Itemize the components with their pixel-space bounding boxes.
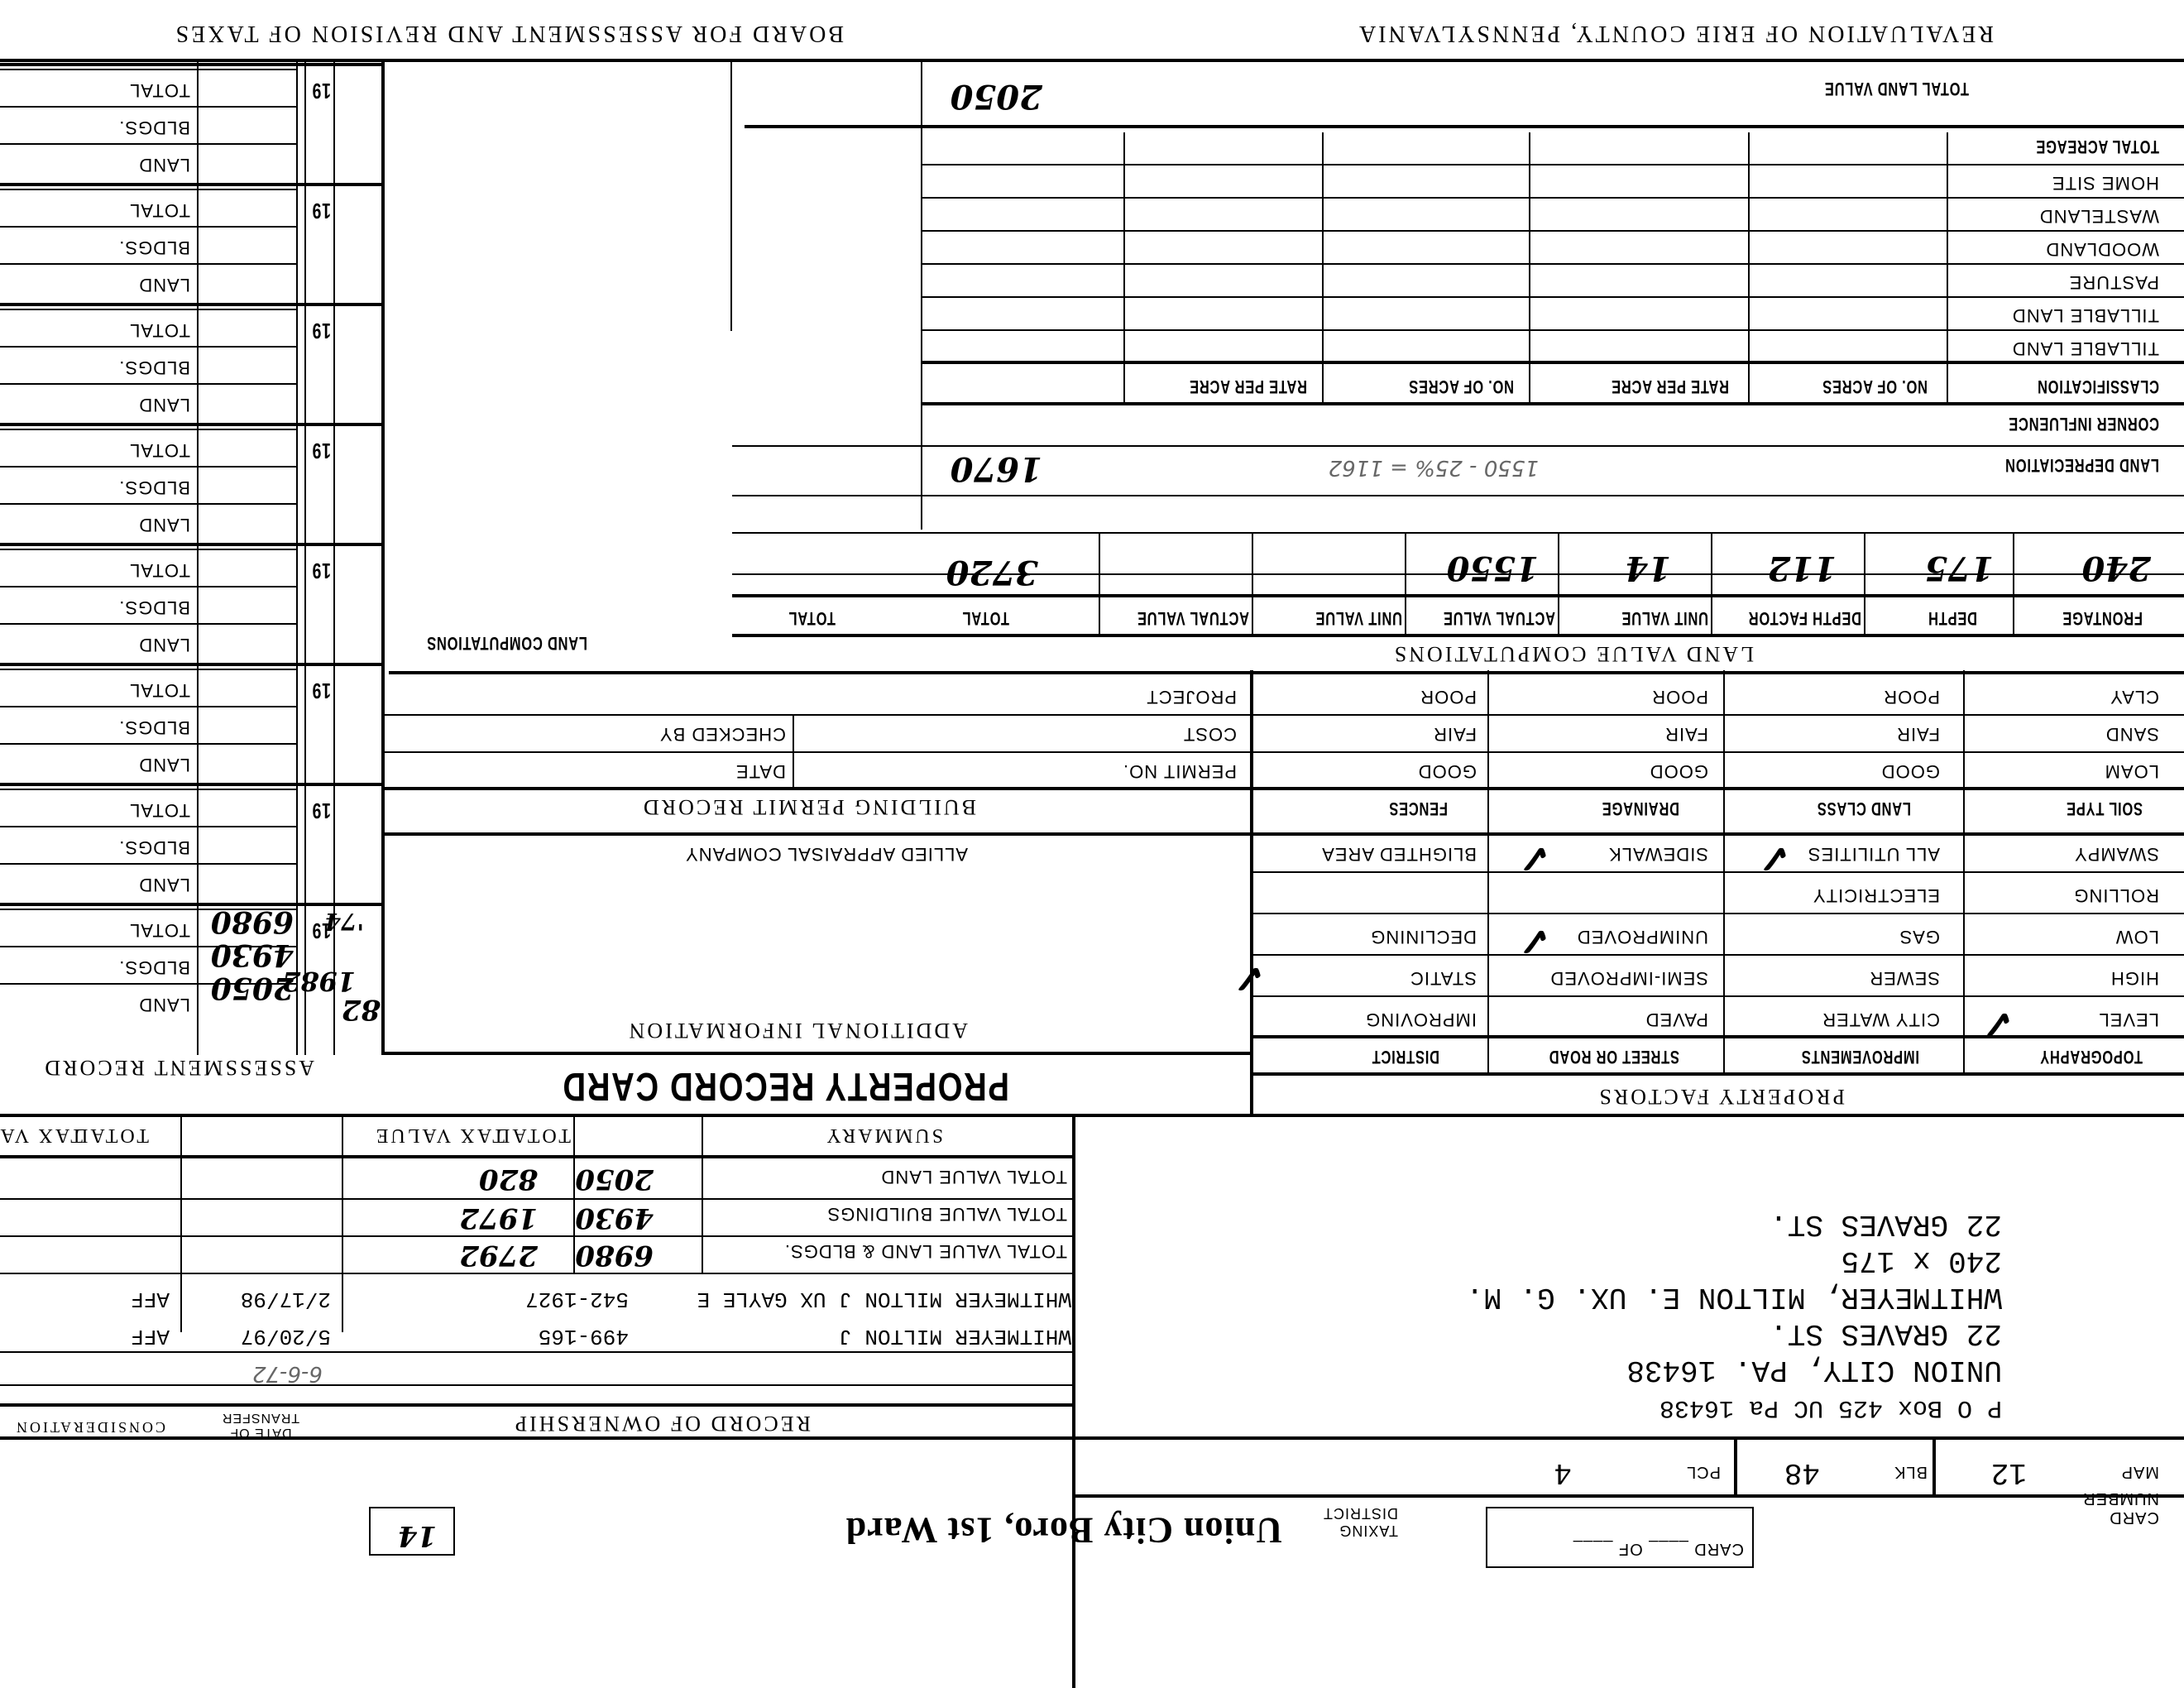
assessment-row-label: BLDGS. xyxy=(118,237,190,258)
divider xyxy=(385,832,1253,836)
year-prefix: 19 xyxy=(312,558,331,583)
divider xyxy=(1748,132,1750,405)
divider xyxy=(0,669,298,670)
assessment-row-label: TOTAL xyxy=(129,319,190,341)
divider xyxy=(922,296,2184,298)
divider xyxy=(1072,1117,1075,1688)
divider xyxy=(1253,1114,2184,1117)
divider xyxy=(1947,132,1948,405)
divider xyxy=(1253,751,2184,753)
imp-sewer: SEWER xyxy=(1869,967,1940,989)
year-prefix: 19 xyxy=(312,198,331,223)
divider xyxy=(1558,534,1559,637)
imp-electricity: ELECTRICITY xyxy=(1813,885,1940,906)
address-line-2: 240 x 175 xyxy=(1842,1244,2002,1278)
drainage-fair: FAIR xyxy=(1664,723,1708,745)
col-unit-value: UNIT VALUE xyxy=(1621,607,1708,629)
divider xyxy=(0,183,385,186)
row-tillable-land-2: TILLABLE LAND xyxy=(2012,338,2159,359)
divider xyxy=(1252,534,1253,637)
fences-fair: FAIR xyxy=(1433,723,1477,745)
district-static: STATIC xyxy=(1410,967,1477,989)
summary-total-tax: 2792 xyxy=(459,1239,538,1272)
divider xyxy=(0,549,298,550)
divider xyxy=(1250,670,1253,1117)
total-land-value: 2050 xyxy=(951,77,1042,116)
assessment-row-label: TOTAL xyxy=(129,199,190,221)
drainage-poor: POOR xyxy=(1651,686,1708,707)
divider xyxy=(385,787,1253,790)
divider xyxy=(1253,954,2184,956)
owner-date-0: 6-6-72 xyxy=(252,1361,323,1386)
year-prefix: 19 xyxy=(312,438,331,463)
divider xyxy=(732,495,2184,496)
divider xyxy=(1711,534,1712,637)
check-icon: ✓ xyxy=(1518,835,1551,881)
year-prefix: 19 xyxy=(312,78,331,103)
owner-book-2: 542-1927 xyxy=(525,1287,629,1312)
col-actual-value: ACTUAL VALUE xyxy=(1443,607,1555,629)
drainage-good: GOOD xyxy=(1650,760,1708,782)
assessment-row-label: BLDGS. xyxy=(118,717,190,738)
divider xyxy=(385,1052,1253,1055)
fences-good: GOOD xyxy=(1418,760,1477,782)
divider xyxy=(1253,913,2184,914)
property-factors-title: PROPERTY FACTORS xyxy=(1597,1084,1845,1109)
divider xyxy=(573,1117,575,1274)
assessment-row-label: TOTAL xyxy=(129,799,190,821)
divider xyxy=(0,189,298,190)
row-wasteland: WASTELAND xyxy=(2039,205,2159,227)
divider xyxy=(1253,871,2184,873)
board-title: BOARD FOR ASSESSMENT AND REVISION OF TAX… xyxy=(174,20,844,46)
divider xyxy=(0,1198,1075,1200)
col-rate-per-acre-2: RATE PER ACRE xyxy=(1189,376,1307,397)
divider xyxy=(1529,132,1530,405)
card-of-box: CARD ____ OF ____ xyxy=(1486,1507,1754,1568)
col-depth: DEPTH xyxy=(1928,607,1977,629)
assessment-row-label: LAND xyxy=(138,754,190,775)
divider xyxy=(732,532,2184,534)
divider xyxy=(922,164,2184,165)
divider xyxy=(1253,832,2184,836)
card-title: PROPERTY RECORD CARD xyxy=(562,1063,1009,1109)
owner-date-1: 5/20/97 xyxy=(241,1324,331,1349)
topo-level: LEVEL xyxy=(2099,1009,2160,1030)
date-of-transfer-header: DATE OF TRANSFER xyxy=(190,1410,331,1440)
assessment-row-label: BLDGS. xyxy=(118,117,190,138)
divider xyxy=(0,1351,1075,1353)
owner-name-2: WHITMEYER MILTON J UX GAYLE E xyxy=(697,1287,1071,1312)
divider xyxy=(0,1235,1075,1237)
topography-label: TOPOGRAPHY xyxy=(2039,1046,2143,1067)
owner-date-2: 2/17/98 xyxy=(241,1287,331,1312)
divider xyxy=(0,863,298,865)
col-classification: CLASSIFICATION xyxy=(2037,376,2159,397)
total-land-value-label: TOTAL LAND VALUE xyxy=(1824,78,1969,99)
owner-consideration-1: AFF xyxy=(131,1324,170,1349)
row-pasture: PASTURE xyxy=(2069,271,2159,293)
drainage-label: DRAINAGE xyxy=(1602,798,1679,819)
divider xyxy=(0,346,298,348)
assessment-row-label: BLDGS. xyxy=(118,357,190,378)
divider xyxy=(0,706,298,707)
topo-high: HIGH xyxy=(2110,967,2159,989)
district-declining: DECLINING xyxy=(1370,926,1477,947)
divider xyxy=(922,230,2184,232)
assessment-row-label: BLDGS. xyxy=(118,597,190,618)
blk-label: BLK xyxy=(1894,1462,1928,1481)
pcl-value: 4 xyxy=(1554,1455,1572,1489)
street-semi-improved: SEMI-IMPROVED xyxy=(1550,967,1708,989)
building-permit-title: BUILDING PERMIT RECORD xyxy=(641,794,976,819)
assessment-note: '74 xyxy=(324,908,364,935)
divider xyxy=(0,1436,2184,1440)
divider xyxy=(793,716,794,790)
divider xyxy=(0,586,298,587)
soil-clay: CLAY xyxy=(2110,686,2159,707)
divider xyxy=(0,429,298,430)
taxing-district-label: TAXING DISTRICT xyxy=(1291,1504,1398,1539)
divider xyxy=(1322,132,1324,405)
divider xyxy=(0,826,298,827)
total-value: 3720 xyxy=(946,553,1038,592)
col-actual-value-2: ACTUAL VALUE xyxy=(1137,607,1249,629)
assessment-row-label: TOTAL xyxy=(129,79,190,101)
district-number-box: 14 xyxy=(369,1507,455,1556)
divider xyxy=(0,423,385,426)
land-class-label: LAND CLASS xyxy=(1817,798,1911,819)
divider xyxy=(732,573,2184,575)
assessment-row-label: LAND xyxy=(138,874,190,895)
divider xyxy=(0,783,385,786)
corner-influence-label: CORNER INFLUENCE xyxy=(2008,413,2159,434)
row-woodland: WOODLAND xyxy=(2045,238,2159,260)
year-prefix: 19 xyxy=(312,798,331,823)
row-total-acreage: TOTAL ACREAGE xyxy=(2036,136,2159,157)
topo-swampy: SWAMPY xyxy=(2074,843,2159,865)
assessment-row-label: BLDGS. xyxy=(118,957,190,978)
soil-type-label: SOIL TYPE xyxy=(2066,798,2143,819)
year-prefix: 19 xyxy=(312,318,331,343)
soil-loam: LOAM xyxy=(2105,760,2159,782)
consideration-header: CONSIDERATION xyxy=(14,1418,165,1436)
address-line-3: 22 GRAVES ST. xyxy=(1770,1316,2002,1350)
divider xyxy=(1253,787,2184,790)
land-computations-label: LAND COMPUTATIONS xyxy=(426,632,587,654)
property-record-card: REVALUATION OF ERIE COUNTY, PENNSYLVANIA… xyxy=(0,0,2184,1688)
divider xyxy=(385,751,1253,753)
district-label: DISTRICT xyxy=(1372,1046,1439,1067)
summary-bldg-tax: 1972 xyxy=(459,1201,538,1235)
assessment-total-value: 6980 xyxy=(211,904,294,939)
divider xyxy=(922,402,2184,405)
summary-col-total-2: TOTAL xyxy=(74,1124,149,1146)
divider xyxy=(0,226,298,228)
divider xyxy=(0,623,298,625)
land-depreciation-note: 1550 - 25% = 1162 xyxy=(1329,455,1539,480)
check-icon: ✓ xyxy=(1518,918,1551,964)
divider xyxy=(1075,1494,2184,1498)
unit-value: 14 xyxy=(1625,549,1671,587)
divider xyxy=(1933,1440,1936,1498)
summary-title: SUMMARY xyxy=(824,1124,943,1146)
assessment-row-label: TOTAL xyxy=(129,679,190,701)
summary-col-tax: TAX VALUE xyxy=(374,1124,505,1146)
imp-city-water: CITY WATER xyxy=(1822,1009,1940,1030)
blk-value: 48 xyxy=(1784,1455,1820,1489)
divider xyxy=(342,1117,343,1332)
row-home-site: HOME SITE xyxy=(2052,172,2159,194)
divider xyxy=(1072,1440,1075,1489)
divider xyxy=(0,106,298,108)
divider xyxy=(922,361,2184,364)
divider xyxy=(0,263,298,265)
divider xyxy=(922,329,2184,331)
divider xyxy=(304,62,306,1055)
check-icon: ✓ xyxy=(1233,955,1266,1001)
topo-low: LOW xyxy=(2115,926,2159,947)
imp-all-utilities: ALL UTILITIES xyxy=(1808,843,1940,865)
address-line-1: 22 GRAVES ST. xyxy=(1770,1207,2002,1241)
divider xyxy=(385,714,1253,716)
street-sidewalk: SIDEWALK xyxy=(1608,843,1708,865)
divider xyxy=(0,503,298,505)
revaluation-title: REVALUATION OF ERIE COUNTY, PENNSYLVANIA xyxy=(1357,20,1994,46)
card-of-label: CARD ____ OF ____ xyxy=(1573,1539,1744,1558)
col-total: TOTAL xyxy=(962,607,1009,629)
divider xyxy=(1099,534,1100,637)
divider xyxy=(0,383,298,385)
divider xyxy=(0,1155,1075,1158)
district-improving: IMPROVING xyxy=(1365,1009,1477,1030)
summary-land-tax: 820 xyxy=(479,1163,538,1196)
col-total-2: TOTAL xyxy=(788,607,836,629)
assessment-row-label: TOTAL xyxy=(129,919,190,941)
divider xyxy=(1487,670,1489,1076)
summary-bldg-total: 4930 xyxy=(575,1201,654,1235)
additional-info-title: ADDITIONAL INFORMATION xyxy=(627,1018,968,1043)
divider xyxy=(1864,534,1865,637)
summary-total-total: 6980 xyxy=(575,1239,654,1272)
assessment-row-label: BLDGS. xyxy=(118,477,190,498)
summary-row-buildings: TOTAL VALUE BUILDINGS xyxy=(827,1203,1067,1225)
permit-no-label: PERMIT NO. xyxy=(1123,760,1237,782)
summary-row-land: TOTAL VALUE LAND xyxy=(881,1166,1067,1187)
assessment-row-label: LAND xyxy=(138,274,190,295)
date-label: DATE xyxy=(735,760,786,782)
divider xyxy=(0,63,385,66)
divider xyxy=(333,62,335,1055)
divider xyxy=(1253,714,2184,716)
divider xyxy=(1253,995,2184,997)
land-value-computations-title: LAND VALUE COMPUTATIONS xyxy=(1392,641,1754,666)
allied-appraisal: ALLIED APPRAISAL COMPANY xyxy=(685,843,968,865)
assessment-row-label: BLDGS. xyxy=(118,837,190,858)
divider xyxy=(922,263,2184,265)
col-unit-value-2: UNIT VALUE xyxy=(1315,607,1402,629)
divider xyxy=(0,59,2184,62)
col-no-of-acres-2: NO. OF ACRES xyxy=(1408,376,1514,397)
assessment-record-title: ASSESSMENT RECORD xyxy=(42,1055,314,1080)
divider xyxy=(296,62,298,1055)
land-depreciation-label: LAND DEPRECIATION xyxy=(2004,454,2159,476)
divider xyxy=(0,1403,1075,1407)
checked-by-label: CHECKED BY xyxy=(659,723,786,745)
divider xyxy=(732,445,2184,447)
assessment-row-label: LAND xyxy=(138,394,190,415)
divider xyxy=(732,634,2184,637)
summary-land-total: 2050 xyxy=(575,1163,654,1196)
divider xyxy=(197,62,199,1055)
owner-name-1: WHITMEYER MILTON J xyxy=(839,1324,1071,1349)
divider xyxy=(702,1117,703,1274)
divider xyxy=(0,303,385,306)
divider xyxy=(0,743,298,745)
land-depreciation-value: 1670 xyxy=(951,449,1042,488)
col-no-of-acres: NO. OF ACRES xyxy=(1822,376,1928,397)
divider xyxy=(0,1114,1253,1117)
divider xyxy=(1405,534,1406,637)
assessment-row-label: LAND xyxy=(138,514,190,535)
divider xyxy=(0,466,298,468)
summary-row-total: TOTAL VALUE LAND & BLDGS. xyxy=(784,1240,1067,1262)
district-blighted: BLIGHTED AREA xyxy=(1321,843,1477,865)
frontage-value: 240 xyxy=(2082,549,2152,587)
fences-label: FENCES xyxy=(1389,798,1448,819)
divider xyxy=(0,663,385,666)
assessment-row-label: LAND xyxy=(138,154,190,175)
owner-line: WHITMEYER, MILTON E. UX. G. M. xyxy=(1466,1280,2002,1314)
divider xyxy=(1123,132,1125,405)
card-number-label: CARD NUMBER xyxy=(2068,1489,2159,1527)
street-label: STREET OR ROAD xyxy=(1549,1046,1679,1067)
landclass-good: GOOD xyxy=(1881,760,1940,782)
row-tillable-land: TILLABLE LAND xyxy=(2012,305,2159,326)
divider xyxy=(0,69,298,70)
divider xyxy=(730,62,732,331)
divider xyxy=(1253,1035,2184,1038)
divider xyxy=(1963,670,1965,1076)
divider xyxy=(0,1384,1075,1386)
owner-book-1: 499-165 xyxy=(539,1324,629,1349)
divider xyxy=(732,594,2184,597)
divider xyxy=(922,197,2184,199)
project-label: PROJECT xyxy=(1146,686,1237,707)
divider xyxy=(180,1117,182,1332)
actual-value: 1550 xyxy=(1447,549,1539,587)
divider xyxy=(1253,1072,2184,1076)
summary-col-total: TOTAL xyxy=(496,1124,571,1146)
fences-poor: POOR xyxy=(1420,686,1477,707)
improvements-label: IMPROVEMENTS xyxy=(1801,1046,1919,1067)
divider xyxy=(0,143,298,145)
divider xyxy=(1723,670,1725,1076)
divider xyxy=(0,1273,1075,1274)
taxing-district: Union City Boro, 1st Ward xyxy=(845,1509,1282,1551)
assessment-row-label: TOTAL xyxy=(129,439,190,461)
soil-sand: SAND xyxy=(2105,723,2159,745)
assessment-row-label: TOTAL xyxy=(129,559,190,581)
address-line-5: P O Box 425 UC Pa 16438 xyxy=(1660,1393,2002,1422)
street-paved: PAVED xyxy=(1645,1009,1708,1030)
summary-col-tax-2: TAX VALUE xyxy=(0,1124,83,1146)
ownership-title: RECORD OF OWNERSHIP xyxy=(513,1411,811,1436)
check-icon: ✓ xyxy=(1981,1000,2014,1047)
divider xyxy=(2013,534,2014,637)
divider xyxy=(381,62,385,1055)
district-number: 14 xyxy=(398,1519,437,1552)
landclass-fair: FAIR xyxy=(1896,723,1940,745)
map-value: 12 xyxy=(1991,1455,2027,1489)
landclass-poor: POOR xyxy=(1883,686,1940,707)
col-frontage: FRONTAGE xyxy=(2062,607,2143,629)
divider xyxy=(0,543,385,546)
divider xyxy=(1734,1440,1737,1498)
depth-value: 175 xyxy=(1925,549,1995,587)
divider xyxy=(0,903,385,906)
map-label: MAP xyxy=(2121,1462,2159,1481)
col-depth-factor: DEPTH FACTOR xyxy=(1748,607,1861,629)
divider xyxy=(745,125,2184,128)
address-line-4: UNION CITY, PA. 16438 xyxy=(1626,1353,2002,1387)
cost-label: COST xyxy=(1183,723,1237,745)
assessment-row-label: LAND xyxy=(138,634,190,655)
owner-consideration-2: AFF xyxy=(131,1287,170,1312)
assessment-side: 82 xyxy=(342,993,381,1026)
pcl-label: PCL xyxy=(1686,1462,1721,1481)
assessment-row-label: LAND xyxy=(138,994,190,1015)
col-rate-per-acre: RATE PER ACRE xyxy=(1611,376,1729,397)
depth-factor-value: 112 xyxy=(1768,549,1837,587)
year-prefix: 19 xyxy=(312,678,331,703)
street-unimproved: UNIMPROVED xyxy=(1577,926,1708,947)
check-icon: ✓ xyxy=(1758,835,1791,881)
divider xyxy=(0,309,298,310)
divider xyxy=(389,671,2184,674)
divider xyxy=(0,789,298,790)
imp-gas: GAS xyxy=(1899,926,1940,947)
topo-rolling: ROLLING xyxy=(2073,885,2159,906)
